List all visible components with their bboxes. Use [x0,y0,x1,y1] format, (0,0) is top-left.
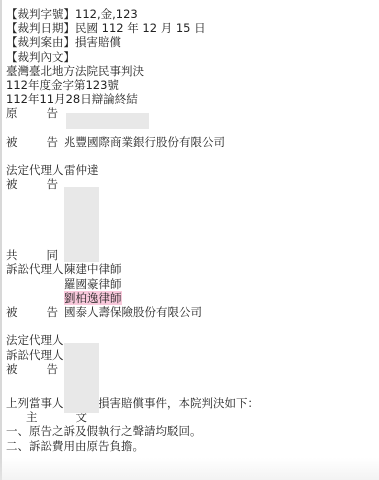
litigation-agent2-row: 訴訟代理人 [6,348,376,362]
cause-row: 【裁判案由】損害賠償 [6,35,376,49]
intro-text: 上列當事人間請求損害賠償事件，本院判決如下： [6,396,376,410]
left-border [0,0,2,480]
joint-label: 共 同 [6,248,58,262]
litigation-agent2-label: 訴訟代理人 [6,348,58,362]
defendant1-label: 被 告 [6,135,58,149]
date-label: 【裁判日期】 [6,21,75,35]
lawyer-row-3: 劉柏逸律師 [6,291,376,305]
content-label: 【裁判內文】 [6,50,75,64]
date-value: 民國 112 年 12 月 15 日 [75,21,206,35]
legal-rep-name: 雷仲達 [64,163,99,177]
case-number-label: 【裁判字號】 [6,7,75,21]
date-row: 【裁判日期】民國 112 年 12 月 15 日 [6,21,376,35]
defendant4-row: 被 告 [6,362,376,376]
defendant3-name: 國泰人壽保險股份有限公司 [64,305,202,319]
defendant2-row: 被 告 [6,177,376,191]
lawyer-2: 羅國豪律師 [64,277,122,291]
redacted-plaintiff [66,113,149,129]
hearing-end: 112年11月28日辯論終結 [6,92,376,106]
docket-number: 112年度金字第123號 [6,78,376,92]
lawyer-row-2: 羅國豪律師 [6,277,376,291]
case-number-row: 【裁判字號】112,金,123 [6,7,376,21]
defendant3-label: 被 告 [6,305,58,319]
cause-value: 損害賠償 [75,35,121,49]
joint-row: 共 同 [6,248,376,262]
legal-rep-row: 法定代理人雷仲達 [6,163,376,177]
ruling-2: 二、訴訟費用由原告負擔。 [6,439,376,453]
defendant1-row: 被 告兆豐國際商業銀行股份有限公司 [6,135,376,149]
content-row: 【裁判內文】 [6,50,376,64]
judgment-document: 【裁判字號】112,金,123 【裁判日期】民國 112 年 12 月 15 日… [6,7,376,453]
lawyer-1: 陳建中律師 [64,262,122,276]
plaintiff-label: 原 告 [6,106,58,120]
redacted-defendant4 [64,343,99,413]
defendant2-label: 被 告 [6,177,58,191]
legal-rep-label: 法定代理人 [6,163,58,177]
litigation-agent-label: 訴訟代理人 [6,262,58,276]
defendant3-row: 被 告國泰人壽保險股份有限公司 [6,305,376,319]
main-text-heading: 主文 [6,410,376,424]
court-name: 臺灣臺北地方法院民事判決 [6,64,376,78]
bottom-fade [0,458,379,480]
case-number-value: 112,金,123 [75,7,138,21]
defendant1-name: 兆豐國際商業銀行股份有限公司 [64,135,225,149]
legal-rep2-row: 法定代理人 [6,333,376,347]
litigation-agent-row: 訴訟代理人陳建中律師 [6,262,376,276]
legal-rep2-label: 法定代理人 [6,333,58,347]
defendant4-label: 被 告 [6,362,58,376]
main-heading-char-1: 主 [26,410,38,424]
cause-label: 【裁判案由】 [6,35,75,49]
plaintiff-row: 原 告 [6,106,376,120]
lawyer-3-highlighted: 劉柏逸律師 [64,291,122,305]
ruling-1: 一、原告之訴及假執行之聲請均駁回。 [6,424,376,438]
redacted-defendant2 [64,187,99,262]
